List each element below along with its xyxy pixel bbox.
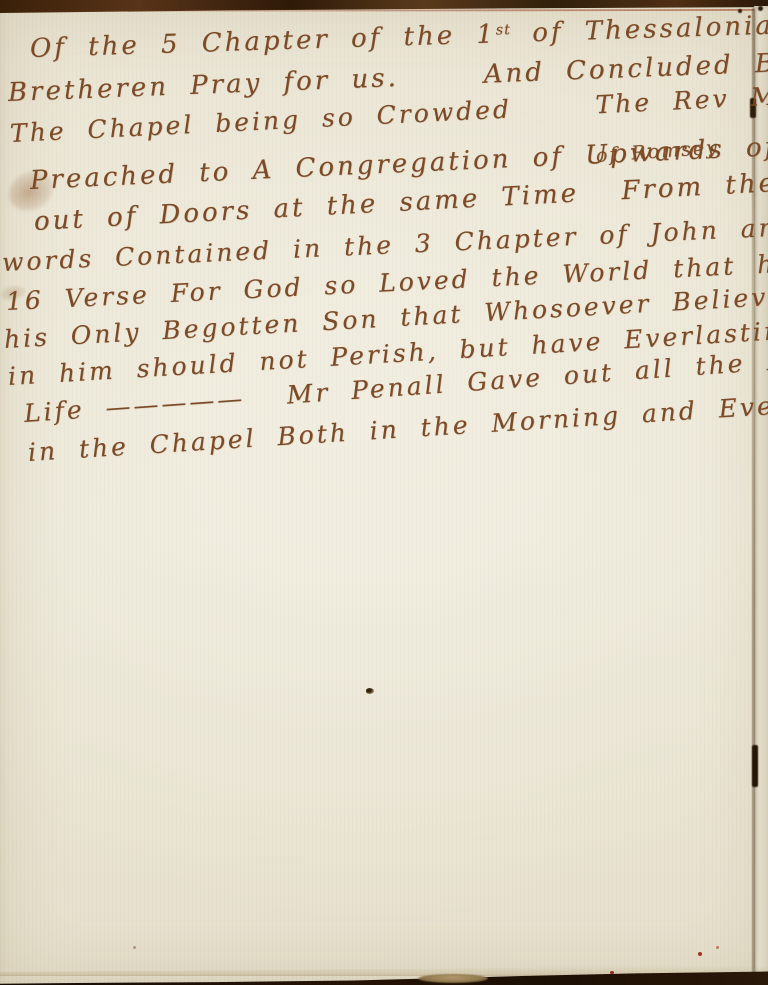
line-1-text-rest: of Thessalonians: [510, 9, 768, 48]
line-1-text: Of the 5 Chapter of the 1: [30, 19, 497, 64]
handwritten-text-layer: Of the 5 Chapter of the 1st of Thessalon…: [0, 0, 768, 985]
scanned-manuscript-page: Of the 5 Chapter of the 1st of Thessalon…: [0, 0, 768, 985]
ordinal-superscript: st: [495, 22, 511, 38]
